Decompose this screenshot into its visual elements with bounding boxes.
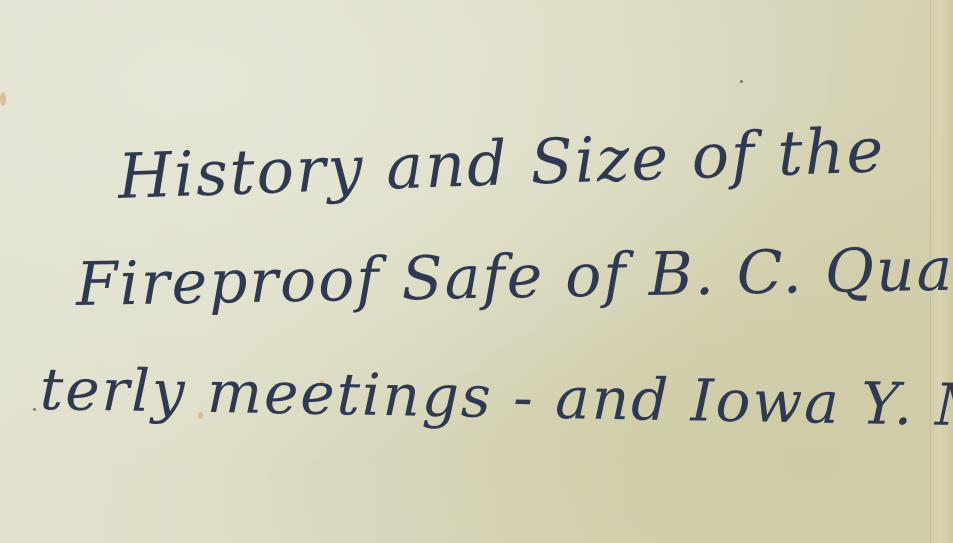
text-line-1: History and Size of the (117, 113, 887, 213)
text-line-2: Fireproof Safe of B. C. Quar- (75, 234, 953, 320)
ink-speck (33, 408, 36, 411)
stain-left (0, 92, 6, 106)
ink-speck (740, 80, 743, 83)
text-line-3: terly meetings - and Iowa Y. M. (39, 355, 953, 440)
